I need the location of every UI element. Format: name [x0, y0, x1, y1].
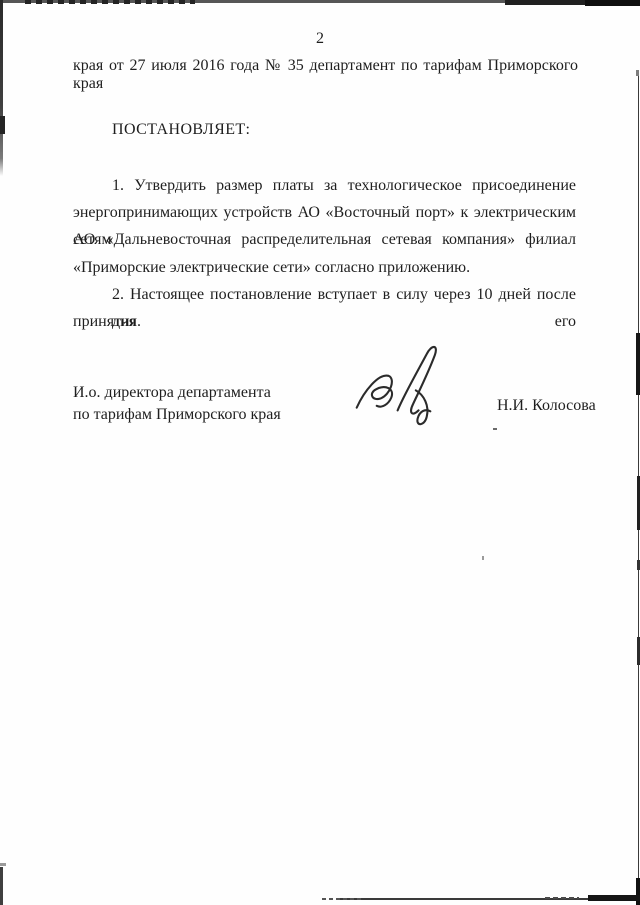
scan-artifact-left-edge-bottom	[0, 867, 3, 905]
scan-artifact-left-edge-top	[0, 0, 3, 176]
page-number: 2	[0, 30, 640, 48]
signatory-title-line-1: И.о. директора департамента	[73, 382, 281, 404]
resolution-body: 1. Утвердить размер платы за технологиче…	[73, 172, 576, 335]
scan-artifact-left-bottom-tick	[0, 863, 6, 866]
scan-artifact-dot-under-name	[493, 428, 497, 430]
scan-artifact-bottom-dashes-right	[545, 897, 579, 899]
scan-artifact-top-left-dashes	[25, 0, 195, 4]
scan-artifact-speck	[482, 556, 484, 560]
paragraph-1-line-4: «Приморские электрические сети» согласно…	[73, 254, 576, 281]
scan-artifact-bottom-right-bar	[588, 895, 640, 901]
paragraph-1-line-2: энергопринимающих устройств АО «Восточны…	[73, 199, 576, 226]
document-page: 2 края от 27 июля 2016 года № 35 департа…	[0, 0, 640, 905]
scan-artifact-right-mark-2	[637, 476, 640, 530]
scan-artifact-top-right-bar-dark	[585, 0, 640, 6]
signatory-title: И.о. директора департамента по тарифам П…	[73, 382, 281, 426]
paragraph-1-line-1: 1. Утвердить размер платы за технологиче…	[73, 172, 576, 199]
continuation-text-line: края от 27 июля 2016 года № 35 департаме…	[73, 57, 578, 93]
paragraph-1-line-3: АО «Дальневосточная распределительная се…	[73, 226, 576, 253]
scan-artifact-left-edge-notch	[0, 116, 5, 134]
handwritten-signature	[344, 338, 444, 430]
signatory-title-line-2: по тарифам Приморского края	[73, 404, 281, 426]
scan-artifact-right-mark-1	[636, 333, 640, 395]
resolution-heading: ПОСТАНОВЛЯЕТ:	[112, 121, 250, 139]
scan-artifact-right-edge-tick	[636, 70, 639, 76]
scan-artifact-bottom-dashes-left	[322, 898, 364, 900]
paragraph-2-line-1: 2. Настоящее постановление вступает в си…	[73, 281, 576, 308]
signatory-name: Н.И. Колосова	[497, 397, 596, 415]
